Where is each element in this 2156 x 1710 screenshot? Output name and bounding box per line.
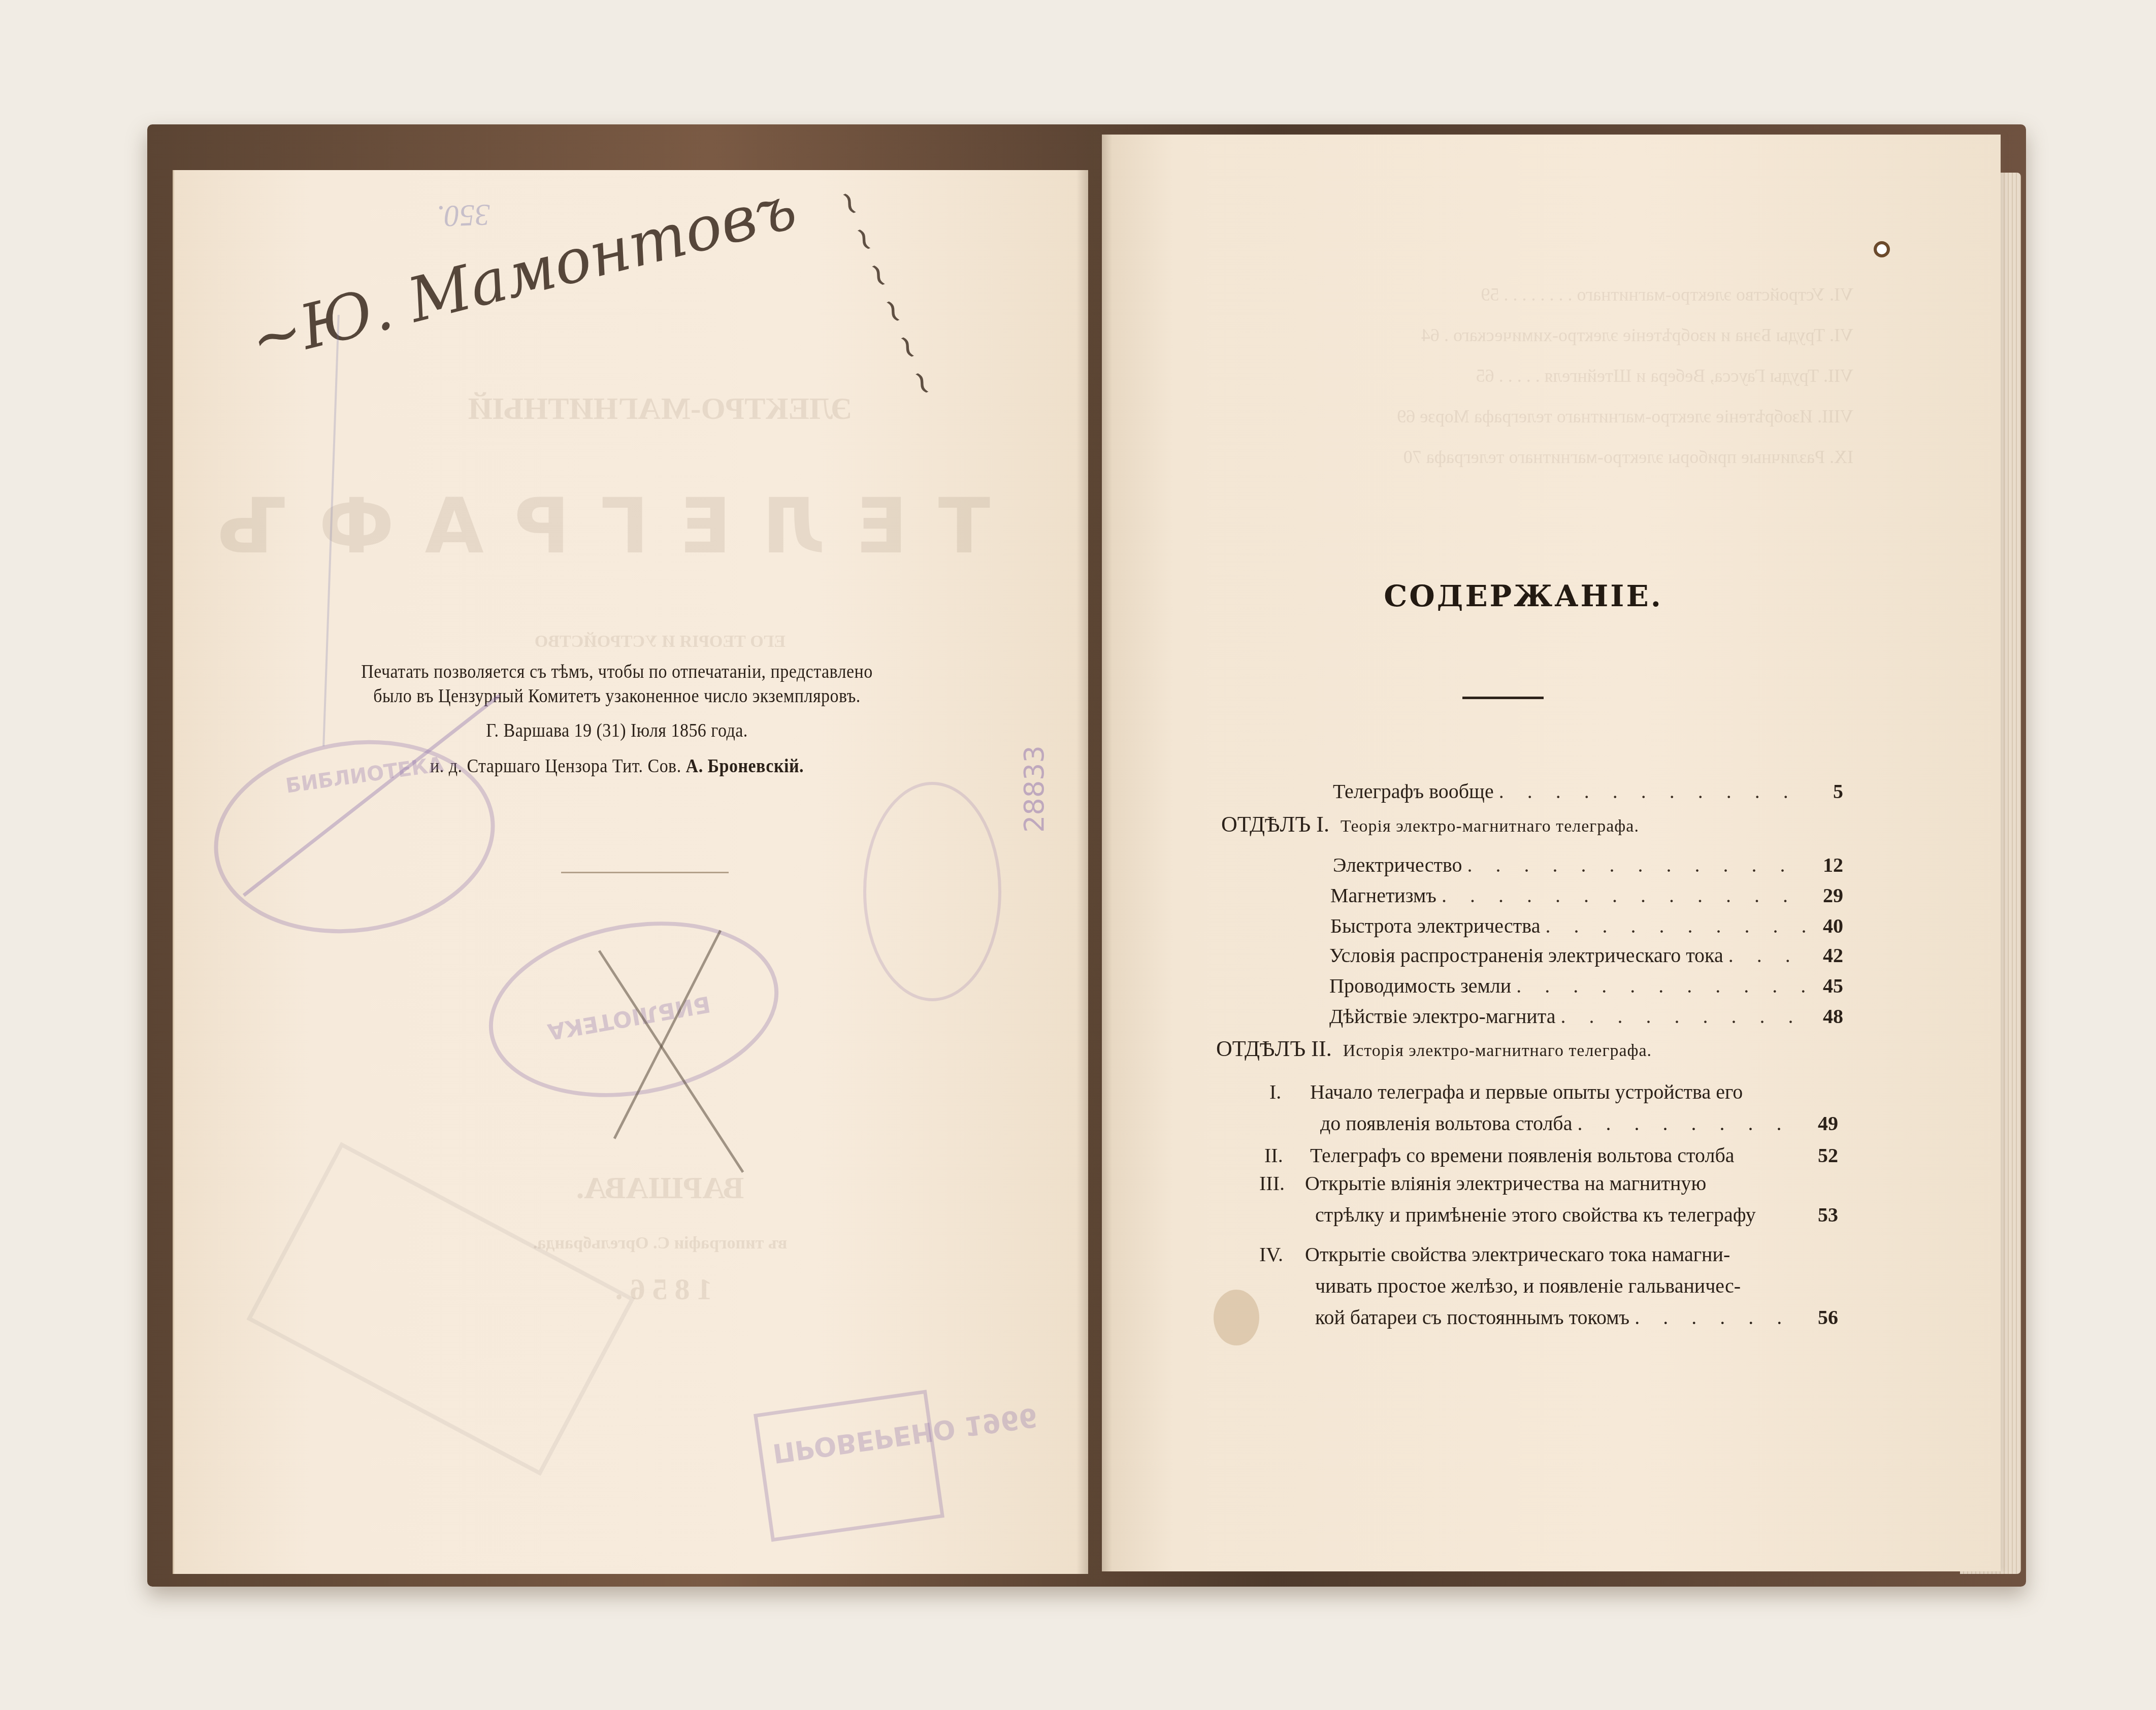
censor-line-2: было въ Цензурный Комитетъ узаконенное ч… bbox=[325, 685, 909, 708]
bleed-tagline: ЕГО ТЕОРІЯ И УСТРОЙСТВО bbox=[482, 632, 838, 651]
toc-entry-multiline[interactable]: I. Начало телеграфа и первые опыты устро… bbox=[1264, 1076, 1838, 1139]
censor-name: А. Броневскій. bbox=[686, 756, 804, 777]
toc-entry[interactable]: Условія распространенія электрическаго т… bbox=[1329, 943, 1843, 967]
right-bleed-text: VI. Устройство электро-магнитнаго . . . … bbox=[1244, 274, 1853, 477]
bleed-title: ТЕЛЕГРАФЪ bbox=[330, 482, 990, 571]
toc-entry[interactable]: Электричество . . . . . . . . . . . . . … bbox=[1333, 853, 1843, 877]
gutter-shadow bbox=[1076, 127, 1112, 1584]
toc-entry-multiline[interactable]: IV. Открытіе свойства электрическаго ток… bbox=[1259, 1239, 1838, 1333]
stamp-oval-right bbox=[863, 782, 1001, 1001]
censor-line-1: Печатать позволяется съ тѣмъ, чтобы по о… bbox=[325, 661, 909, 683]
toc-entry-multiline[interactable]: III. Открытіе вліянія электричества на м… bbox=[1259, 1168, 1838, 1231]
bleed-subtitle: ЭЛЕКТРО-МАГНИТНЫЙ bbox=[432, 391, 889, 427]
toc-title: СОДЕРЖАНІЕ. bbox=[1381, 579, 1665, 613]
censor-date: Г. Варшава 19 (31) Іюля 1856 года. bbox=[325, 720, 909, 742]
pencil-inventory-number: 350. bbox=[436, 197, 491, 234]
toc-entry[interactable]: Телеграфъ вообще . . . . . . . . . . . .… bbox=[1333, 779, 1843, 803]
toc-section-2-heading[interactable]: ОТДѢЛЪ II. Исторія электро-магнитнаго те… bbox=[1216, 1036, 1652, 1062]
verified-stamp: ПРОВЕРЕНО 1966 bbox=[754, 1390, 944, 1541]
toc-section-1-heading[interactable]: ОТДѢЛЪ I. Теорія электро-магнитнаго теле… bbox=[1221, 811, 1639, 837]
wormhole-stain bbox=[1874, 241, 1890, 257]
inventory-number-stamp: 28833 bbox=[1018, 745, 1050, 833]
toc-entry-multiline[interactable]: II. Телеграфъ со времени появленія вольт… bbox=[1264, 1140, 1838, 1171]
divider-rule bbox=[561, 872, 729, 873]
toc-title-rule bbox=[1462, 697, 1544, 699]
bleed-city: ВАРШАВА. bbox=[508, 1170, 812, 1206]
toc-entry[interactable]: Дѣйствіе электро-магнита . . . . . . . .… bbox=[1329, 1004, 1843, 1028]
foxing-stain bbox=[1214, 1290, 1259, 1345]
toc-entry[interactable]: Магнетизмъ . . . . . . . . . . . . . . .… bbox=[1330, 883, 1843, 907]
toc-entry[interactable]: Быстрота электричества . . . . . . . . .… bbox=[1330, 914, 1843, 938]
toc-entry[interactable]: Проводимость земли . . . . . . . . . . .… bbox=[1329, 974, 1843, 998]
